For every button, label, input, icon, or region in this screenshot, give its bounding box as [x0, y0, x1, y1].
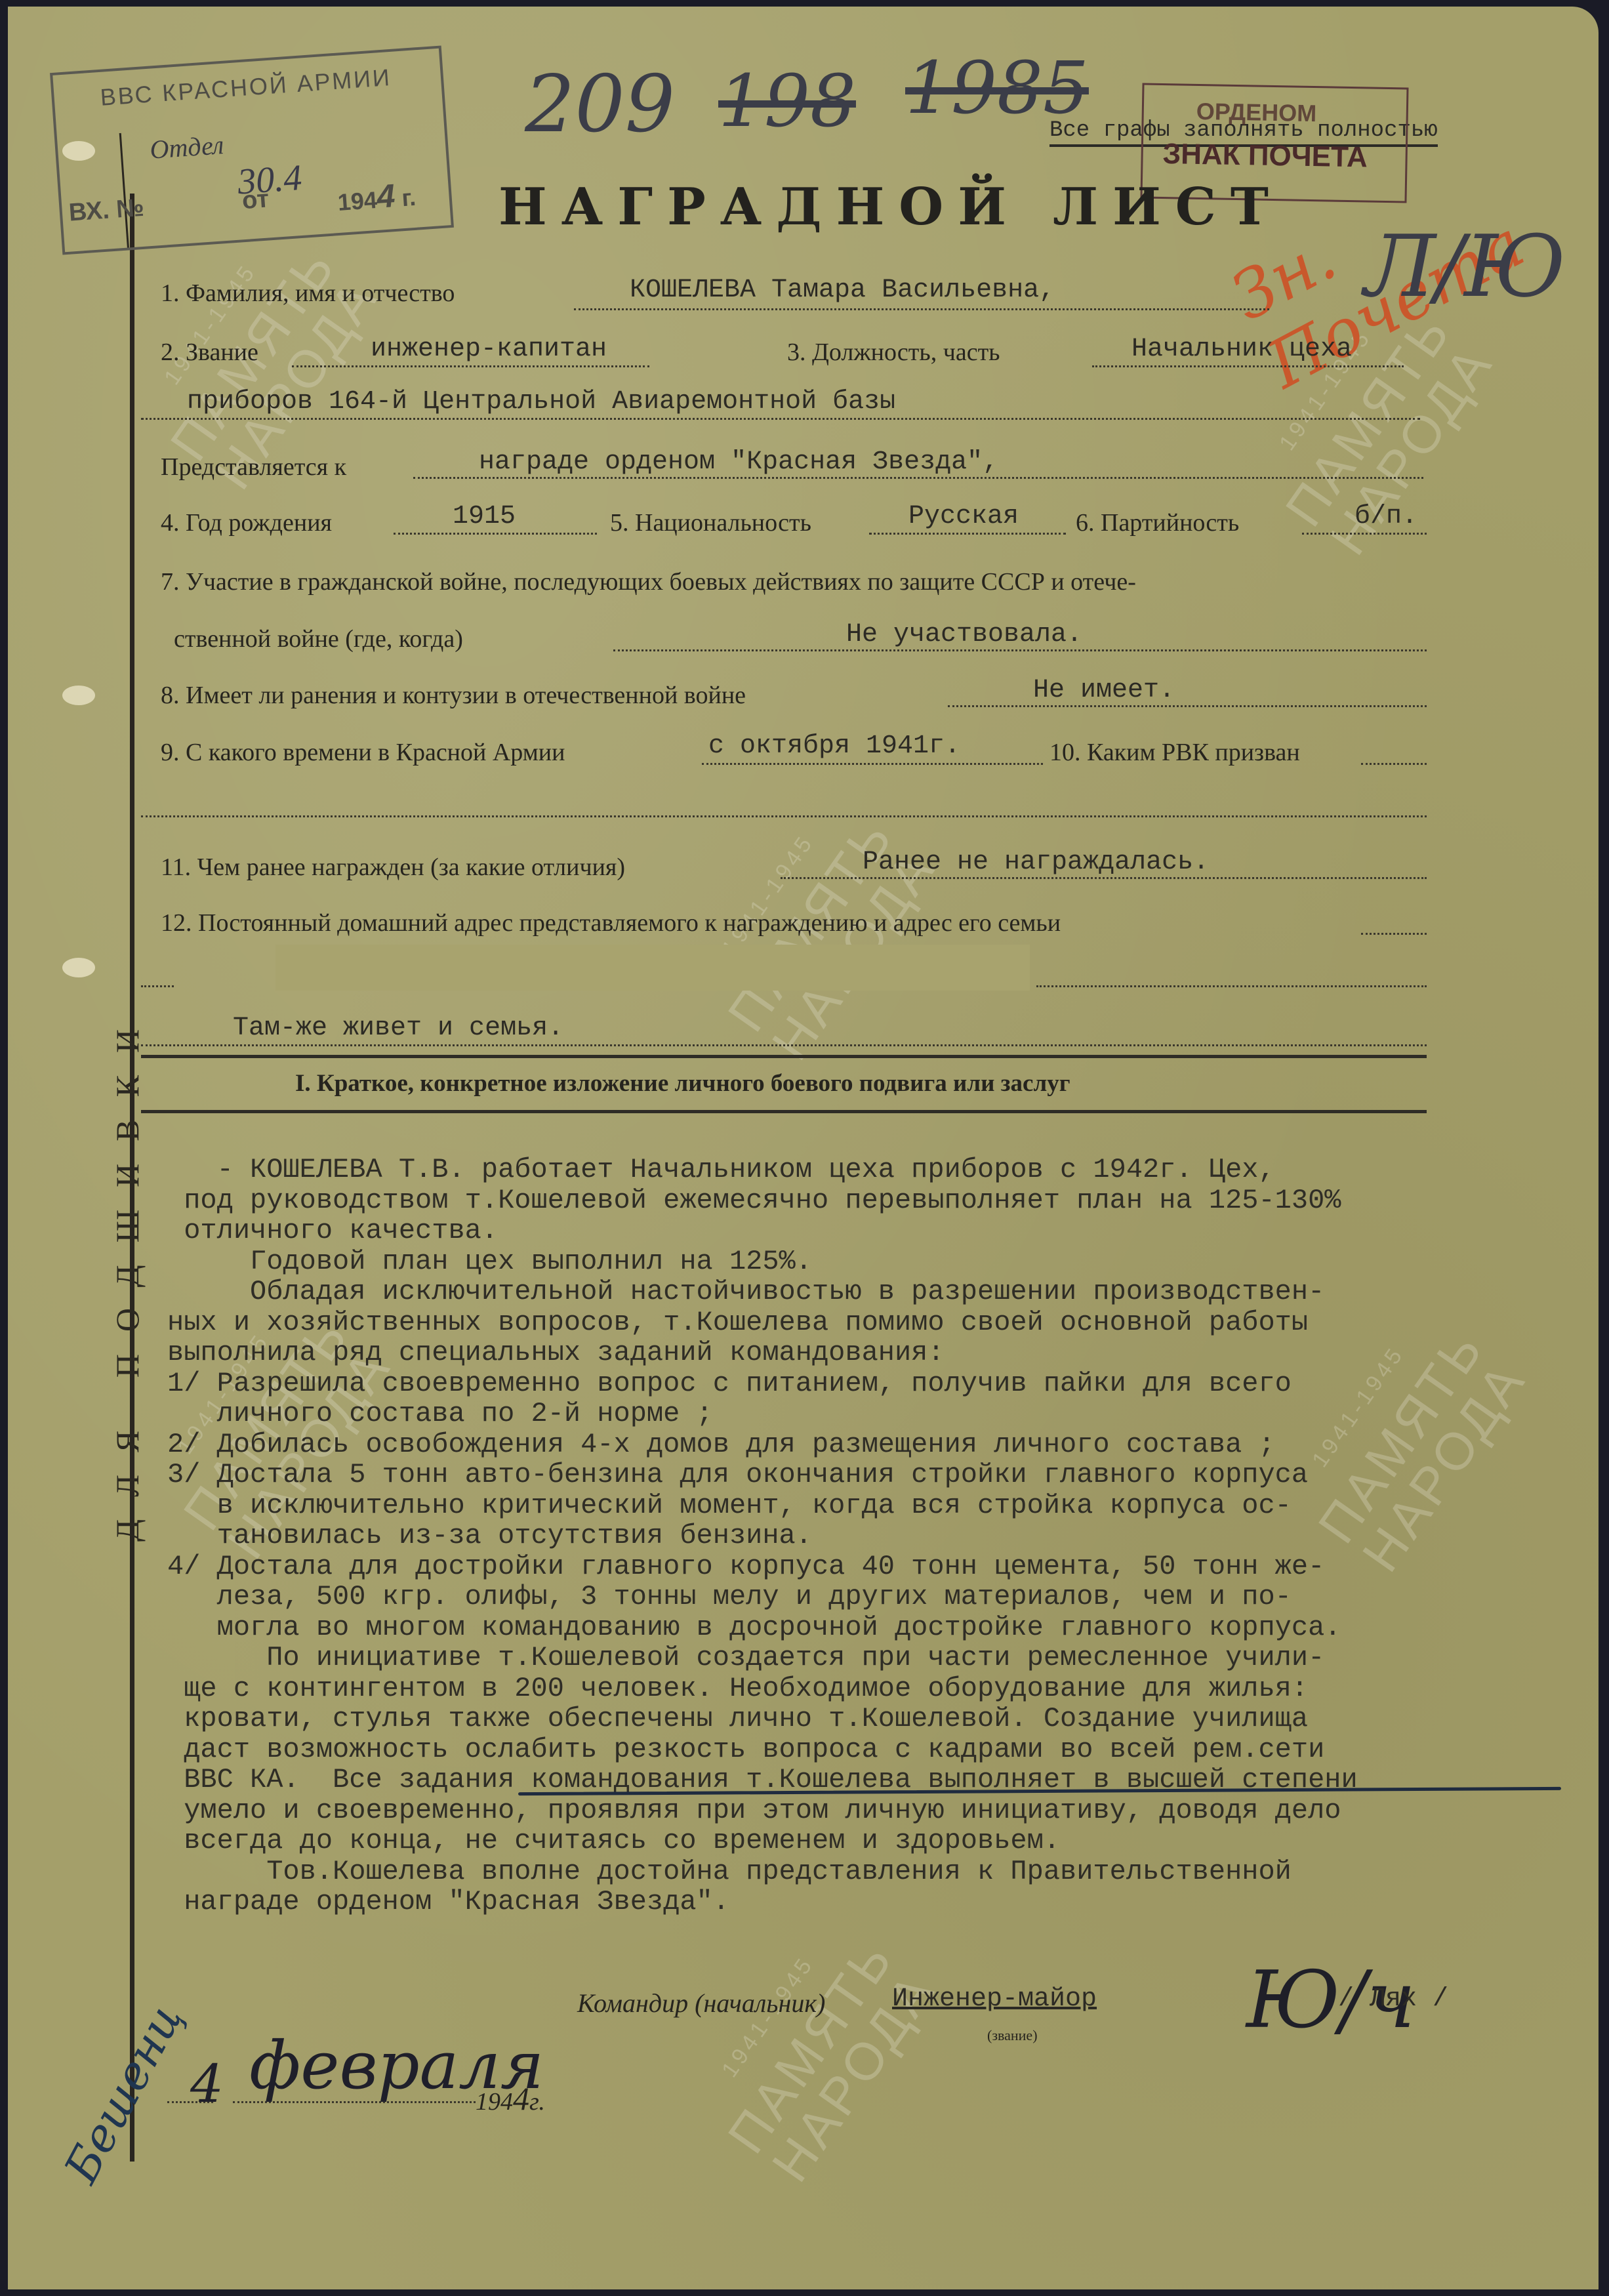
stamp-dept: Отдел [149, 129, 225, 165]
narrative-line: ще с контингентом в 200 человек. Необход… [167, 1673, 1584, 1704]
narrative-line: личного состава по 2-й норме ; [167, 1399, 1584, 1429]
field-label-birth-year: 4. Год рождения [161, 508, 332, 537]
narrative-line: 3/ Достала 5 тонн авто-бензина для оконч… [167, 1460, 1584, 1490]
narrative-line: 1/ Разрешила своевременно вопрос с питан… [167, 1368, 1584, 1399]
stamp-date: 30.4 [236, 157, 303, 203]
field-label-war-participation: 7. Участие в гражданской войне, последую… [161, 567, 1136, 596]
field-value-army-since: с октября 1941г. [708, 731, 960, 761]
fill-line [141, 418, 1420, 420]
fill-line [141, 815, 1427, 817]
field-label-name: 1. Фамилия, имя и отчество [161, 279, 455, 308]
fill-line [869, 533, 1066, 535]
fill-line [141, 985, 174, 987]
redacted-area [275, 945, 1030, 991]
date-year: 1944г. [476, 2080, 545, 2118]
field-value-war-participation: Не участвовала. [846, 620, 1082, 649]
field-label-war-participation-cont: ственной войне (где, когда) [174, 625, 463, 653]
narrative-line: ных и хозяйственных вопросов, т.Кошелева… [167, 1307, 1584, 1338]
narrative-line: 2/ Добилась освобождения 4-х домов для р… [167, 1429, 1584, 1460]
narrative-line: Тов.Кошелева вполне достойна представлен… [167, 1856, 1584, 1887]
stamp-year: 1944 г. [336, 175, 417, 218]
fill-line [141, 1044, 1427, 1046]
field-value-name: КОШЕЛЕВА Тамара Васильевна, [630, 276, 1055, 305]
fill-line [702, 763, 1043, 765]
stamp-divider [119, 133, 129, 248]
punch-hole [62, 686, 95, 705]
field-value-position: Начальник цеха [1131, 335, 1352, 364]
fill-line [613, 649, 1427, 651]
punch-hole [62, 958, 95, 977]
fill-line [413, 477, 1423, 479]
fill-line [1361, 763, 1427, 765]
narrative-line: По инициативе т.Кошелевой создается при … [167, 1643, 1584, 1673]
field-value-prior-awards: Ранее не награждалась. [863, 848, 1209, 877]
field-label-wounds: 8. Имеет ли ранения и контузии в отечест… [161, 681, 746, 710]
narrative-line: умело и своевременно, проявляя при этом … [167, 1795, 1584, 1826]
fill-line [1302, 533, 1427, 535]
binding-label: ДЛЯ ПОДШИВКИ [75, 722, 141, 1574]
handwritten-number-crossed: 1985 [905, 46, 1089, 130]
merit-narrative: - КОШЕЛЕВА Т.В. работает Начальником цех… [167, 1155, 1584, 1917]
field-label-party: 6. Партийность [1076, 508, 1239, 537]
field-label-army-since: 9. С какого времени в Красной Армии [161, 738, 565, 767]
section-heading: I. Краткое, конкретное изложение личного… [295, 1069, 1070, 1097]
narrative-line: даст возможность ослабить резкость вопро… [167, 1734, 1584, 1765]
fill-line [1092, 365, 1404, 367]
narrative-line: - КОШЕЛЕВА Т.В. работает Начальником цех… [167, 1155, 1584, 1185]
handwritten-mark: Л/Ю [1364, 216, 1566, 316]
narrative-line: выполнила ряд специальных заданий команд… [167, 1338, 1584, 1368]
field-label-address: 12. Постоянный домашний адрес представля… [161, 909, 1061, 937]
narrative-line: тановилась из-за отсутствия бензина. [167, 1521, 1584, 1551]
field-value-family-address: Там-же живет и семья. [233, 1014, 563, 1043]
narrative-line: 4/ Достала для достройки главного корпус… [167, 1551, 1584, 1582]
fill-line [1036, 985, 1427, 987]
section-rule [141, 1055, 1427, 1058]
fill-line [292, 365, 649, 367]
stamp-org: ВВС КРАСНОЙ АРМИИ [99, 64, 392, 112]
narrative-line: отличного качества. [167, 1216, 1584, 1246]
handwritten-number-crossed: 198 [718, 59, 856, 143]
fill-line [948, 705, 1427, 707]
fill-line [394, 533, 597, 535]
commander-label: Командир (начальник) [577, 1988, 825, 2019]
honor-stamp-line2: ЗНАК ПОЧЕТА [1162, 138, 1368, 174]
narrative-line: кровати, стулья также обеспечены лично т… [167, 1704, 1584, 1734]
section-rule [141, 1110, 1427, 1113]
narrative-line: награде орденом "Красная Звезда". [167, 1887, 1584, 1917]
narrative-line: могла во многом командованию в досрочной… [167, 1612, 1584, 1643]
narrative-line: под руководством т.Кошелевой ежемесячно … [167, 1185, 1584, 1216]
handwritten-number: 209 [525, 59, 675, 150]
field-value-birth-year: 1915 [453, 502, 516, 531]
narrative-line: леза, 500 кгр. олифы, 3 тонны мелу и дру… [167, 1582, 1584, 1612]
field-value-unit: приборов 164-й Центральной Авиаремонтной… [187, 387, 895, 417]
narrative-line: Годовой план цех выполнил на 125%. [167, 1246, 1584, 1277]
fill-line [781, 877, 1427, 879]
commander-rank: Инженер-майор [892, 1984, 1097, 2014]
field-label-position: 3. Должность, часть [787, 338, 1000, 367]
field-value-award: награде орденом "Красная Звезда", [479, 447, 998, 477]
incoming-registration-stamp: ВВС КРАСНОЙ АРМИИ Отдел ВХ. №от 30.4 194… [50, 45, 454, 255]
document-title: НАГРАДНОЙ ЛИСТ [499, 177, 1283, 237]
field-value-rank: инженер-капитан [371, 335, 607, 364]
field-value-party: б/п. [1354, 502, 1417, 531]
rank-caption: (звание) [987, 2027, 1038, 2044]
binding-label-text: ДЛЯ ПОДШИВКИ [108, 1007, 146, 1542]
narrative-line: в исключительно критический момент, когд… [167, 1490, 1584, 1521]
fill-line [574, 308, 1269, 310]
narrative-line: Обладая исключительной настойчивостью в … [167, 1277, 1584, 1307]
fill-line [1361, 933, 1427, 935]
narrative-line: всегда до конца, не считаясь со временем… [167, 1826, 1584, 1856]
honor-stamp-line1: ОРДЕНОМ [1196, 98, 1316, 127]
field-label-draft-office: 10. Каким РВК призван [1049, 738, 1300, 767]
commander-name: / Лях / [1338, 1984, 1448, 2014]
field-label-prior-awards: 11. Чем ранее награжден (за какие отличи… [161, 853, 625, 882]
field-label-nationality: 5. Национальность [610, 508, 811, 537]
field-label-rank: 2. Звание [161, 338, 258, 367]
date-day: 4 [190, 2053, 224, 2114]
field-value-nationality: Русская [908, 502, 1019, 531]
field-value-wounds: Не имеет. [1033, 676, 1175, 705]
field-label-nominated-for: Представляется к [161, 453, 346, 482]
